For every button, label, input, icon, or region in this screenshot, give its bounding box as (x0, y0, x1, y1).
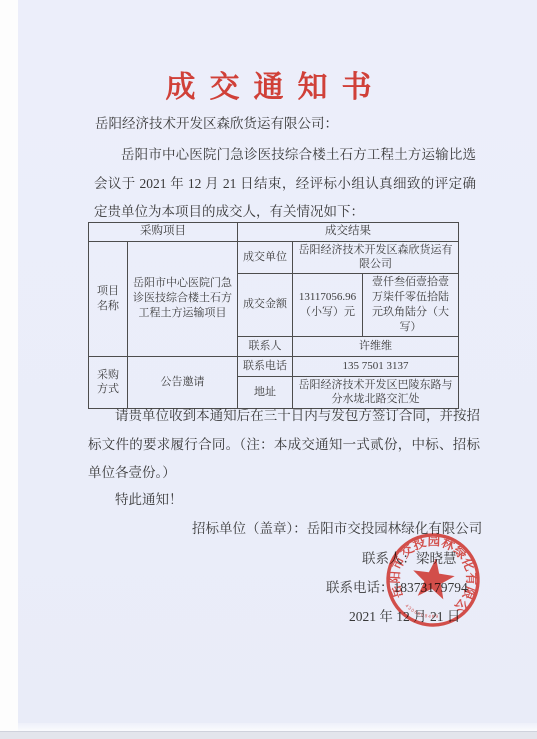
table-row: 采购方式 公告邀请 联系电话 135 7501 3137 (89, 356, 459, 376)
page-title: 成交通知书 (0, 62, 537, 106)
svg-text:岳阳市交投园林绿化有限公司: 岳阳市交投园林绿化有限公司 (383, 527, 486, 617)
award-amount-label: 成交金额 (238, 274, 293, 336)
instruction-paragraph: 请贵单位收到本通知后在三十日内与发包方签订合同，并按招标文件的要求履行合同。（注… (88, 402, 480, 488)
method-value: 公告邀请 (128, 356, 238, 409)
method-label: 采购方式 (89, 356, 128, 409)
phone-label: 联系电话 (238, 356, 293, 376)
award-result-table: 采购项目 成交结果 项目名称 岳阳市中心医院门急诊医技综合楼土石方工程土方运输项… (88, 222, 459, 409)
phone-value: 135 7501 3137 (293, 356, 459, 376)
tender-unit-line: 招标单位（盖章）：岳阳市交投园林绿化有限公司 (192, 517, 482, 537)
contact-value: 许维维 (293, 336, 459, 356)
scanned-notice-page: 成交通知书 岳阳经济技术开发区森欣货运有限公司： 岳阳市中心医院门急诊医技综合楼… (0, 0, 537, 739)
signature-contact-line: 联系人：梁晓慧 (362, 547, 457, 567)
award-amount-words: 壹仟叁佰壹拾壹万柒仟零伍拾陆元玖角陆分（大写） (363, 274, 459, 336)
signature-phone-line: 联系电话：18373179794 (326, 576, 468, 596)
award-unit-value: 岳阳经济技术开发区森欣货运有限公司 (293, 241, 459, 274)
closing-line: 特此通知！ (88, 488, 288, 508)
intro-paragraph: 岳阳市中心医院门急诊医技综合楼土石方工程土方运输比选会议于 2021 年 12 … (94, 141, 476, 227)
project-name-label: 项目名称 (89, 241, 128, 356)
header-procurement-project: 采购项目 (89, 223, 238, 242)
project-name-value: 岳阳市中心医院门急诊医技综合楼土石方工程土方运输项目 (128, 241, 238, 356)
seal-company-text: 岳阳市交投园林绿化有限公司 (383, 527, 486, 617)
award-amount-numeric: 13117056.96（小写）元 (293, 274, 363, 336)
award-unit-label: 成交单位 (238, 241, 293, 274)
contact-label: 联系人 (238, 336, 293, 356)
scan-bottom-shadow (0, 731, 537, 739)
table-row: 项目名称 岳阳市中心医院门急诊医技综合楼土石方工程土方运输项目 成交单位 岳阳经… (89, 241, 459, 274)
header-award-result: 成交结果 (238, 223, 459, 242)
table-header-row: 采购项目 成交结果 (89, 223, 459, 242)
recipient-line: 岳阳经济技术开发区森欣货运有限公司： (95, 112, 338, 132)
scan-left-edge (0, 0, 18, 739)
signature-date-line: 2021 年 12 月 21 日 (349, 605, 460, 625)
